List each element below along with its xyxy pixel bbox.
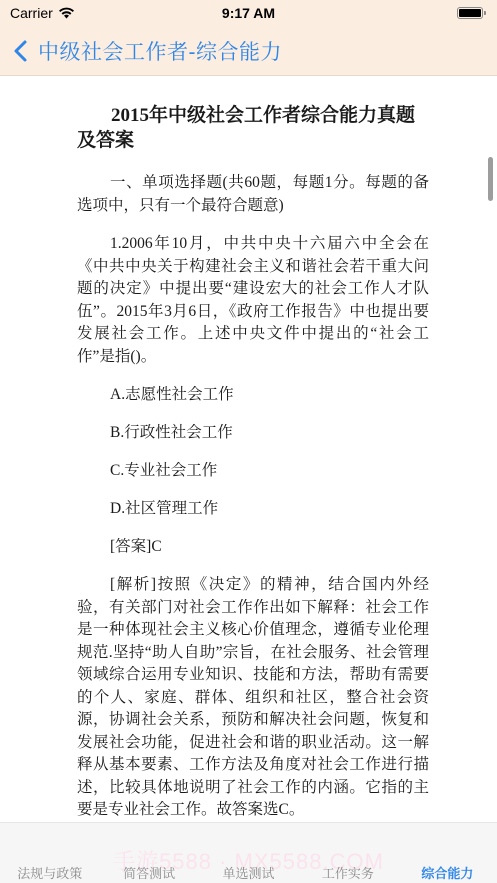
option-b: B.行政性社会工作 [77,422,429,444]
tab-work-practice[interactable]: 工作实务 [298,863,397,882]
nav-title: 中级社会工作者-综合能力 [38,36,282,66]
battery-full-icon [457,7,483,19]
tab-bar: 手游5588 · MX5588.COM 法规与政策 简答测试 单选测试 工作实务… [0,822,497,883]
status-left: Carrier [10,5,75,21]
document-title: 2015年中级社会工作者综合能力真题及答案 [77,103,429,153]
option-c: C.专业社会工作 [77,460,429,482]
analysis-text: [解析]按照《决定》的精神，结合国内外经验，有关部门对社会工作作出如下解释：社会… [77,574,429,822]
navigation-bar: 中级社会工作者-综合能力 [0,26,497,76]
answer-label: [答案]C [77,536,429,558]
document-scroll-view[interactable]: 2015年中级社会工作者综合能力真题及答案 一、单项选择题(共60题，每题1分。… [0,77,497,822]
tab-single-choice-test[interactable]: 单选测试 [199,863,298,882]
carrier-label: Carrier [10,5,53,21]
tabs: 法规与政策 简答测试 单选测试 工作实务 综合能力 [0,863,497,882]
chevron-left-icon [12,40,30,62]
tab-laws-policies[interactable]: 法规与政策 [0,863,99,882]
section-heading: 一、单项选择题(共60题，每题1分。每题的备选项中，只有一个最符合题意) [77,172,429,217]
tab-short-answer-test[interactable]: 简答测试 [99,863,198,882]
vertical-scrollbar[interactable] [488,157,493,201]
question-stem: 1.2006年10月，中共中央十六届六中全会在《中共中央关于构建社会主义和谐社会… [77,233,429,368]
status-bar: Carrier 9:17 AM [0,0,497,26]
option-d: D.社区管理工作 [77,498,429,520]
option-a: A.志愿性社会工作 [77,384,429,406]
wifi-icon [58,7,75,19]
back-button[interactable]: 中级社会工作者-综合能力 [12,36,282,66]
document-body: 2015年中级社会工作者综合能力真题及答案 一、单项选择题(共60题，每题1分。… [0,77,497,822]
tab-comprehensive-ability[interactable]: 综合能力 [398,863,497,882]
battery-level [459,9,481,17]
